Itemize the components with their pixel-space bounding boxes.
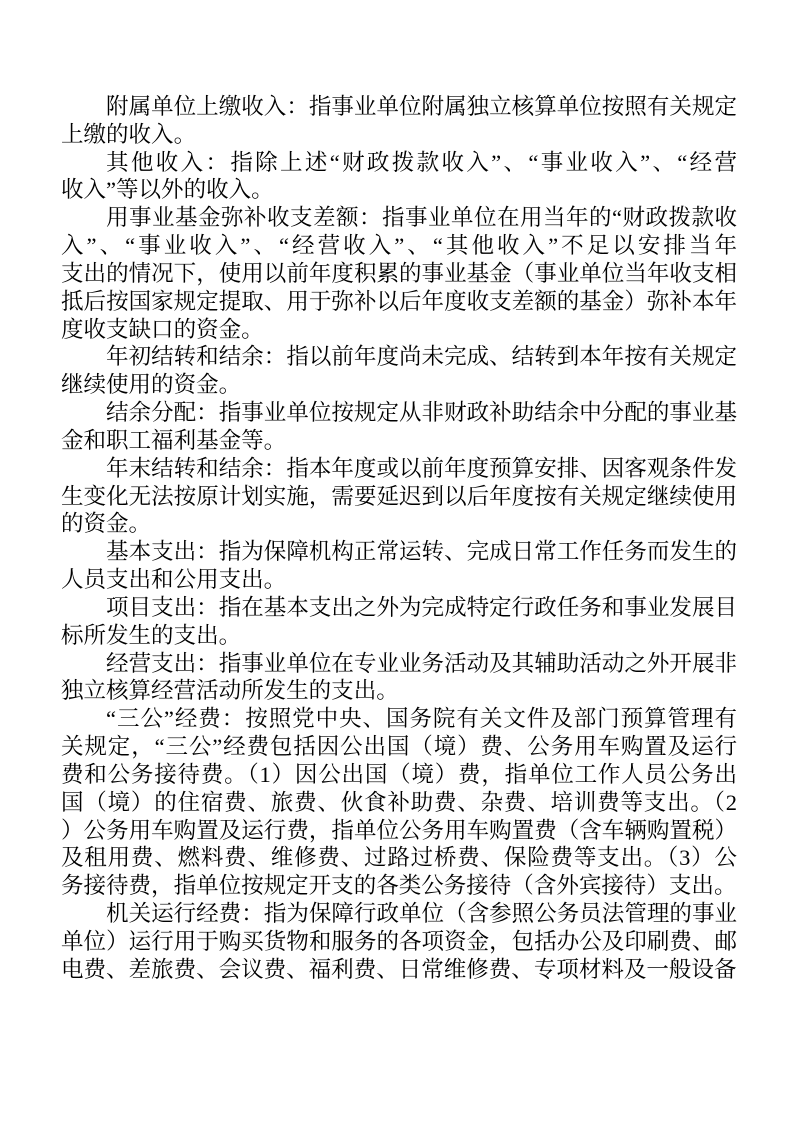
text-line: 人员支出和公用支出。	[61, 566, 737, 594]
text-line: 继续使用的资金。	[61, 371, 737, 399]
text-line: 支出的情况下，使用以前年度积累的事业基金（事业单位当年收支相	[61, 260, 737, 288]
paragraph: “三公”经费：按照党中央、国务院有关文件及部门预算管理有关规定，“三公”经费包括…	[61, 705, 737, 900]
text-line: 国（境）的住宿费、旅费、伙食补助费、杂费、培训费等支出。（2	[61, 789, 737, 817]
text-line: 的资金。	[61, 510, 737, 538]
text-line: 附属单位上缴收入：指事业单位附属独立核算单位按照有关规定	[61, 93, 737, 121]
paragraph: 年末结转和结余：指本年度或以前年度预算安排、因客观条件发生变化无法按原计划实施，…	[61, 455, 737, 538]
paragraph: 用事业基金弥补收支差额：指事业单位在用当年的“财政拨款收入”、“事业收入”、“经…	[61, 204, 737, 343]
paragraph: 项目支出：指在基本支出之外为完成特定行政任务和事业发展目标所发生的支出。	[61, 594, 737, 650]
text-line: 上缴的收入。	[61, 121, 737, 149]
paragraph: 附属单位上缴收入：指事业单位附属独立核算单位按照有关规定上缴的收入。	[61, 93, 737, 149]
text-line: 机关运行经费：指为保障行政单位（含参照公务员法管理的事业	[61, 900, 737, 928]
text-line: 经营支出：指事业单位在专业业务活动及其辅助活动之外开展非	[61, 650, 737, 678]
text-line: 关规定，“三公”经费包括因公出国（境）费、公务用车购置及运行	[61, 733, 737, 761]
text-line: 结余分配：指事业单位按规定从非财政补助结余中分配的事业基	[61, 399, 737, 427]
text-line: 电费、差旅费、会议费、福利费、日常维修费、专项材料及一般设备	[61, 956, 737, 984]
text-line: 及租用费、燃料费、维修费、过路过桥费、保险费等支出。（3）公	[61, 844, 737, 872]
text-line: 金和职工福利基金等。	[61, 427, 737, 455]
text-line: 度收支缺口的资金。	[61, 316, 737, 344]
paragraph: 机关运行经费：指为保障行政单位（含参照公务员法管理的事业单位）运行用于购买货物和…	[61, 900, 737, 983]
paragraph: 结余分配：指事业单位按规定从非财政补助结余中分配的事业基金和职工福利基金等。	[61, 399, 737, 455]
document-text: 附属单位上缴收入：指事业单位附属独立核算单位按照有关规定上缴的收入。其他收入：指…	[61, 93, 737, 984]
paragraph: 年初结转和结余：指以前年度尚未完成、结转到本年按有关规定继续使用的资金。	[61, 343, 737, 399]
text-line: 入”、“事业收入”、“经营收入”、“其他收入”不足以安排当年	[61, 232, 737, 260]
text-line: 抵后按国家规定提取、用于弥补以后年度收支差额的基金）弥补本年	[61, 288, 737, 316]
text-line: “三公”经费：按照党中央、国务院有关文件及部门预算管理有	[61, 705, 737, 733]
text-line: ）公务用车购置及运行费，指单位公务用车购置费（含车辆购置税）	[61, 817, 737, 845]
text-line: 务接待费，指单位按规定开支的各类公务接待（含外宾接待）支出。	[61, 872, 737, 900]
text-line: 独立核算经营活动所发生的支出。	[61, 677, 737, 705]
text-line: 基本支出：指为保障机构正常运转、完成日常工作任务而发生的	[61, 538, 737, 566]
text-line: 费和公务接待费。（1）因公出国（境）费，指单位工作人员公务出	[61, 761, 737, 789]
text-line: 用事业基金弥补收支差额：指事业单位在用当年的“财政拨款收	[61, 204, 737, 232]
text-line: 收入”等以外的收入。	[61, 176, 737, 204]
text-line: 年末结转和结余：指本年度或以前年度预算安排、因客观条件发	[61, 455, 737, 483]
text-line: 生变化无法按原计划实施，需要延迟到以后年度按有关规定继续使用	[61, 483, 737, 511]
document-page: 附属单位上缴收入：指事业单位附属独立核算单位按照有关规定上缴的收入。其他收入：指…	[0, 0, 793, 1121]
text-line: 项目支出：指在基本支出之外为完成特定行政任务和事业发展目	[61, 594, 737, 622]
paragraph: 基本支出：指为保障机构正常运转、完成日常工作任务而发生的人员支出和公用支出。	[61, 538, 737, 594]
text-line: 其他收入：指除上述“财政拨款收入”、“事业收入”、“经营	[61, 149, 737, 177]
text-line: 单位）运行用于购买货物和服务的各项资金，包括办公及印刷费、邮	[61, 928, 737, 956]
text-line: 年初结转和结余：指以前年度尚未完成、结转到本年按有关规定	[61, 343, 737, 371]
text-line: 标所发生的支出。	[61, 622, 737, 650]
paragraph: 其他收入：指除上述“财政拨款收入”、“事业收入”、“经营收入”等以外的收入。	[61, 149, 737, 205]
paragraph: 经营支出：指事业单位在专业业务活动及其辅助活动之外开展非独立核算经营活动所发生的…	[61, 650, 737, 706]
